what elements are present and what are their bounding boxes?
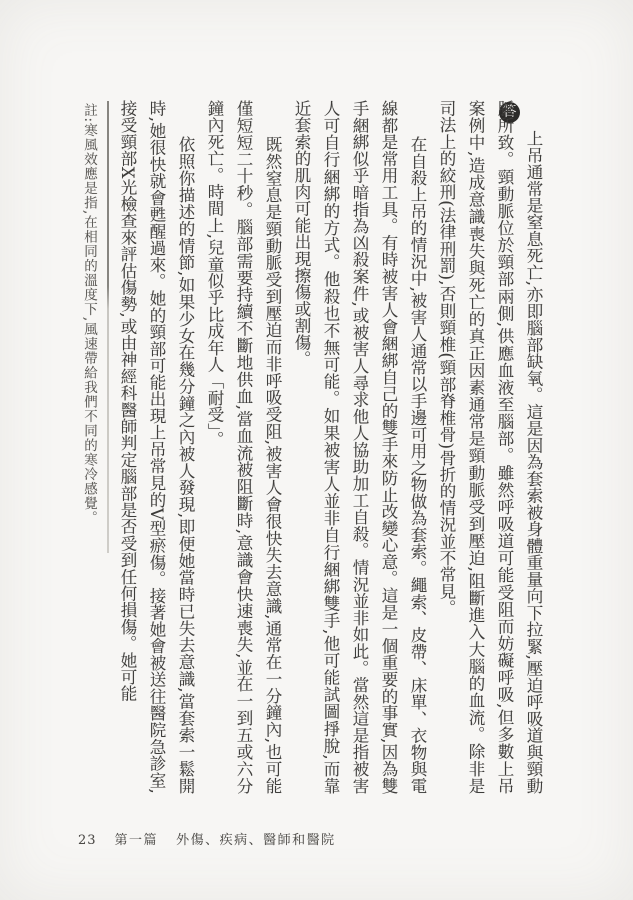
answer-text-block: 上吊通常是窒息死亡,亦即腦部缺氧。這是因為套索被身體重量向下拉緊,壓迫呼吸道與頸… [113, 100, 548, 794]
margin-note-divider [107, 101, 109, 553]
margin-note: 註:寒風效應是指,在相同的溫度下,風速帶給我們不同的寒冷感覺。 [80, 103, 97, 663]
section-title: 第一篇 [115, 833, 159, 848]
answer-paragraph: 上吊通常是窒息死亡,亦即腦部缺氧。這是因為套索被身體重量向下拉緊,壓迫呼吸道與頸… [432, 100, 548, 794]
book-page: 答 上吊通常是窒息死亡,亦即腦部缺氧。這是因為套索被身體重量向下拉緊,壓迫呼吸道… [0, 0, 633, 900]
answer-paragraph: 依照你描述的情節,如果少女在幾分鐘之內被人發現,即便她當時已失去意識,當套索一鬆… [113, 100, 200, 794]
page-number: 23 [78, 833, 97, 848]
chapter-title: 外傷、疾病、醫師和醫院 [176, 833, 336, 848]
page-footer: 23第一篇外傷、疾病、醫師和醫院 [78, 829, 336, 848]
answer-paragraph: 在自殺上吊的情況中,被害人通常以手邊可用之物做為套索。繩索、皮帶、床單、衣物與電… [287, 100, 432, 794]
answer-paragraph: 既然窒息是頸動脈受到壓迫而非呼吸受阻,被害人會很快失去意識,通常在一分鐘內,也可… [200, 100, 287, 794]
